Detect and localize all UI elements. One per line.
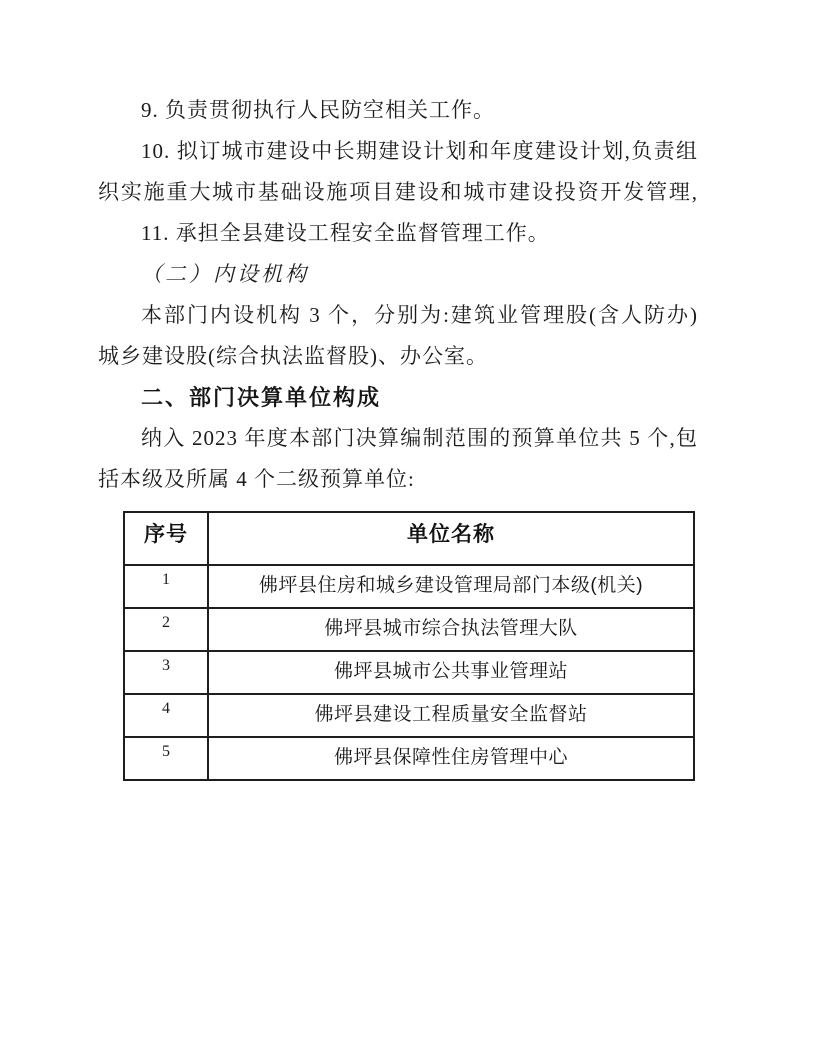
unit-seq: 5 xyxy=(124,737,208,780)
unit-seq: 2 xyxy=(124,608,208,651)
table-header-name: 单位名称 xyxy=(208,512,694,565)
budget-units-table: 序号 单位名称 1 佛坪县住房和城乡建设管理局部门本级(机关) 2 佛坪县城市综… xyxy=(123,511,695,781)
paragraph-internal-orgs-line-2: 城乡建设股(综合执法监督股)、办公室。 xyxy=(98,336,698,377)
paragraph-budget-scope-line-1: 纳入 2023 年度本部门决算编制范围的预算单位共 5 个,包 xyxy=(98,418,698,459)
unit-name: 佛坪县城市公共事业管理站 xyxy=(208,651,694,694)
table-row: 5 佛坪县保障性住房管理中心 xyxy=(124,737,694,780)
paragraph-item-11: 11. 承担全县建设工程安全监督管理工作。 xyxy=(98,213,698,254)
unit-name: 佛坪县住房和城乡建设管理局部门本级(机关) xyxy=(208,565,694,608)
unit-seq: 4 xyxy=(124,694,208,737)
table-row: 4 佛坪县建设工程质量安全监督站 xyxy=(124,694,694,737)
unit-name: 佛坪县保障性住房管理中心 xyxy=(208,737,694,780)
unit-seq: 1 xyxy=(124,565,208,608)
table-row: 2 佛坪县城市综合执法管理大队 xyxy=(124,608,694,651)
unit-name: 佛坪县城市综合执法管理大队 xyxy=(208,608,694,651)
paragraph-item-10-line-2: 织实施重大城市基础设施项目建设和城市建设投资开发管理, xyxy=(98,172,698,213)
paragraph-internal-orgs-line-1: 本部门内设机构 3 个，分别为:建筑业管理股(含人防办) xyxy=(98,295,698,336)
paragraph-budget-scope-line-2: 括本级及所属 4 个二级预算单位: xyxy=(98,459,698,500)
table-header-seq: 序号 xyxy=(124,512,208,565)
subsection-heading-internal-orgs: （二）内设机构 xyxy=(98,254,698,295)
unit-seq: 3 xyxy=(124,651,208,694)
document-text-block: 9. 负责贯彻执行人民防空相关工作。 10. 拟订城市建设中长期建设计划和年度建… xyxy=(98,90,698,500)
paragraph-item-10-line-1: 10. 拟订城市建设中长期建设计划和年度建设计划,负责组 xyxy=(98,131,698,172)
unit-name: 佛坪县建设工程质量安全监督站 xyxy=(208,694,694,737)
document-page: 9. 负责贯彻执行人民防空相关工作。 10. 拟订城市建设中长期建设计划和年度建… xyxy=(0,0,816,1056)
paragraph-item-9: 9. 负责贯彻执行人民防空相关工作。 xyxy=(98,90,698,131)
table-header-row: 序号 单位名称 xyxy=(124,512,694,565)
section-heading-budget-units: 二、部门决算单位构成 xyxy=(98,377,698,418)
table-row: 3 佛坪县城市公共事业管理站 xyxy=(124,651,694,694)
table-row: 1 佛坪县住房和城乡建设管理局部门本级(机关) xyxy=(124,565,694,608)
